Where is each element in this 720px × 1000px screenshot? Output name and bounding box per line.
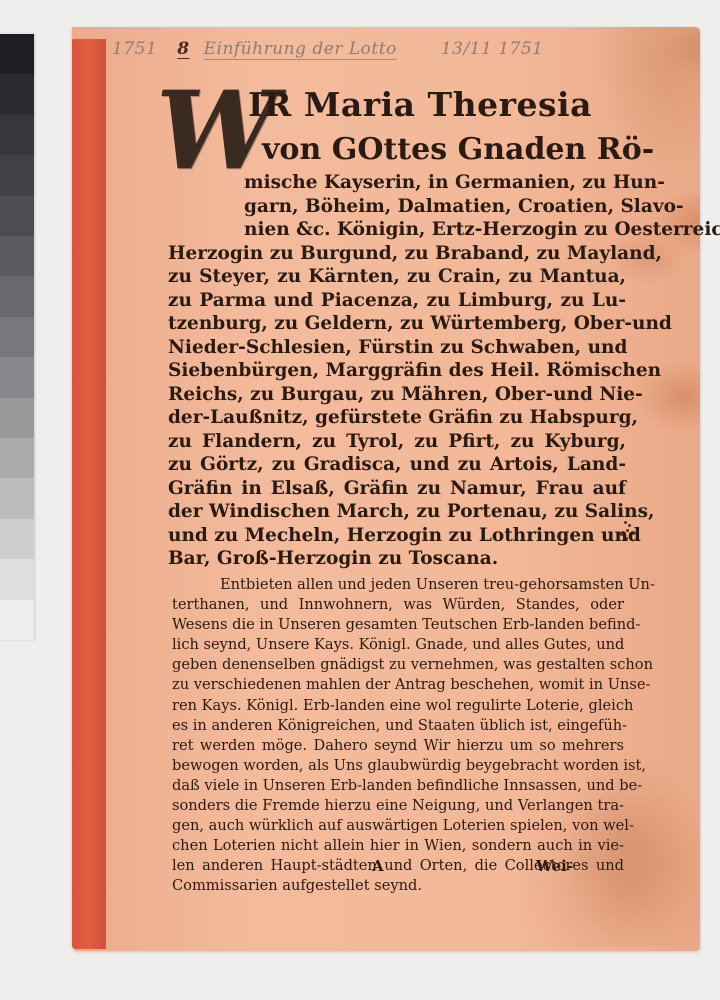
red-binding-strip — [72, 39, 106, 949]
body-line: lich seynd, Unsere Kays. Königl. Gnade, … — [172, 635, 624, 655]
gray-swatch — [0, 196, 34, 236]
gray-swatch — [0, 155, 34, 195]
body-line: ren Kays. Königl. Erb-landen eine wol re… — [172, 696, 624, 716]
gray-swatch — [0, 34, 34, 74]
gray-swatch — [0, 115, 34, 155]
body-line: Wesens die in Unseren gesamten Teutschen… — [172, 615, 624, 635]
gray-swatch — [0, 317, 34, 357]
title-line: mische Kayserin, in Germanien, zu Hun- — [168, 171, 626, 195]
body-line: ret werden möge. Dahero seynd Wir hierzu… — [172, 736, 624, 756]
body-line: sonders die Fremde hierzu eine Neigung, … — [172, 796, 624, 816]
title-line: Gräfin in Elsaß, Gräfin zu Namur, Frau a… — [168, 477, 626, 501]
title-line: zu Steyer, zu Kärnten, zu Crain, zu Mant… — [168, 265, 626, 289]
gray-scale-calibration-strip — [0, 34, 34, 640]
body-line: daß viele in Unseren Erb-landen befindli… — [172, 776, 624, 796]
annotation-number: 8 — [177, 39, 189, 59]
body-line: terthanen, und Innwohnern, was Würden, S… — [172, 595, 624, 615]
title-line: Siebenbürgen, Marggräfin des Heil. Römis… — [168, 359, 626, 383]
body-line: Entbieten allen und jeden Unseren treu-g… — [172, 575, 624, 595]
gray-swatch — [0, 600, 34, 640]
annotation-year: 1751 — [112, 39, 157, 59]
body-line: Commissarien aufgestellet seynd. — [172, 876, 624, 896]
gray-swatch — [0, 559, 34, 599]
body-line: bewogen worden, als Uns glaubwürdig beyg… — [172, 756, 624, 776]
title-line: der-Laußnitz, gefürstete Gräfin zu Habsp… — [168, 406, 626, 430]
title-line: Nieder-Schlesien, Fürstin zu Schwaben, u… — [168, 336, 626, 360]
gray-swatch — [0, 438, 34, 478]
gray-swatch — [0, 74, 34, 114]
title-line: Bar, Groß-Herzogin zu Toscana. — [168, 547, 626, 571]
title-line: zu Görtz, zu Gradisca, und zu Artois, La… — [168, 453, 626, 477]
annotation-date: 13/11 1751 — [441, 39, 544, 59]
gray-swatch — [0, 398, 34, 438]
title-line: tzenburg, zu Geldern, zu Würtemberg, Obe… — [168, 312, 626, 336]
title-line: der Windischen March, zu Portenau, zu Sa… — [168, 500, 626, 524]
title-line: nien &c. Königin, Ertz-Herzogin zu Oeste… — [168, 218, 626, 242]
gray-swatch — [0, 236, 34, 276]
title-line: Reichs, zu Burgau, zu Mähren, Ober-und N… — [168, 383, 626, 407]
signature-mark: A — [372, 857, 384, 875]
annotation-title: Einführung der Lotto — [204, 39, 397, 60]
body-paragraph: Entbieten allen und jeden Unseren treu-g… — [172, 575, 624, 897]
body-line: chen Loterien nicht allein hier in Wien,… — [172, 836, 624, 856]
catchword: Wei- — [536, 857, 573, 875]
body-line: gen, auch würklich auf auswärtigen Loter… — [172, 816, 624, 836]
title-line: garn, Böheim, Dalmatien, Croatien, Slavo… — [168, 195, 626, 219]
body-line: geben denenselben gnädigst zu vernehmen,… — [172, 655, 624, 675]
heading-line-1: IR Maria Theresia — [248, 85, 592, 125]
heading-line-2: von GOttes Gnaden Rö- — [262, 131, 654, 169]
gray-swatch — [0, 519, 34, 559]
title-line: zu Parma und Piacenza, zu Limburg, zu Lu… — [168, 289, 626, 313]
title-line: und zu Mecheln, Herzogin zu Lothringen u… — [168, 524, 626, 548]
title-line: Herzogin zu Burgund, zu Braband, zu Mayl… — [168, 242, 626, 266]
titles-block: mische Kayserin, in Germanien, zu Hun- g… — [168, 171, 626, 571]
title-line: zu Flandern, zu Tyrol, zu Pfirt, zu Kybu… — [168, 430, 626, 454]
gray-swatch — [0, 478, 34, 518]
document-sheet: 1751 8 Einführung der Lotto 13/11 1751 W… — [72, 27, 700, 951]
body-line: zu verschiedenen mahlen der Antrag besch… — [172, 675, 624, 695]
gray-swatch — [0, 276, 34, 316]
body-line: es in anderen Königreichen, und Staaten … — [172, 716, 624, 736]
gray-swatch — [0, 357, 34, 397]
